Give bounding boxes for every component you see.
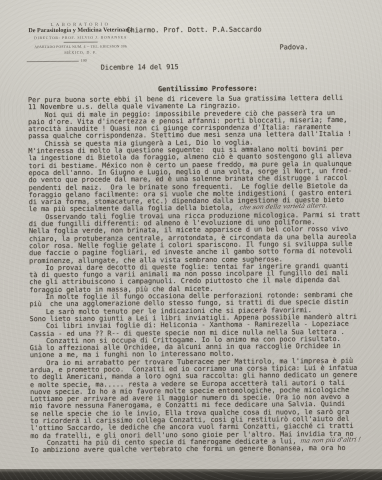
date-blank-line [27, 61, 79, 62]
letterhead: LABORATORIO De Parasitología y Medicina … [22, 21, 138, 63]
letterhead-city-line: MÉXICO, D. F. [23, 50, 139, 55]
handwritten-note-2: ma non più d'altri ! [300, 436, 362, 444]
letterhead-lab-type: LABORATORIO [22, 21, 138, 27]
letterhead-director-line: DIRECTOR: PROF. SILVIO J. BONANSEA [23, 35, 139, 40]
letterhead-divider [64, 42, 98, 43]
letterhead-year-stub: 190 [23, 57, 139, 63]
year-stub-label: 190 [81, 58, 87, 63]
date-line: Dicembre 14 del 915 [101, 63, 179, 72]
letter-content: LABORATORIO De Parasitología y Medicina … [0, 0, 382, 480]
scan-edge-bottom [0, 469, 382, 480]
recipient-name: Chiarmo. Prof. Dott. P.A.Saccardo [127, 26, 262, 35]
salutation: Gentilissimo Professore: [158, 85, 258, 94]
recipient-city: Padova. [280, 43, 309, 51]
letter-body: Per pura buona sorte ebbi il bene di ric… [28, 95, 362, 455]
letterhead-lab-name: De Parasitología y Medicina Veterinaria [23, 27, 139, 34]
letterhead-address-line: APARTADO POSTAL NUM. 4 -- TEL. ERICSSON … [23, 44, 139, 49]
paper: LABORATORIO De Parasitología y Medicina … [0, 0, 382, 480]
